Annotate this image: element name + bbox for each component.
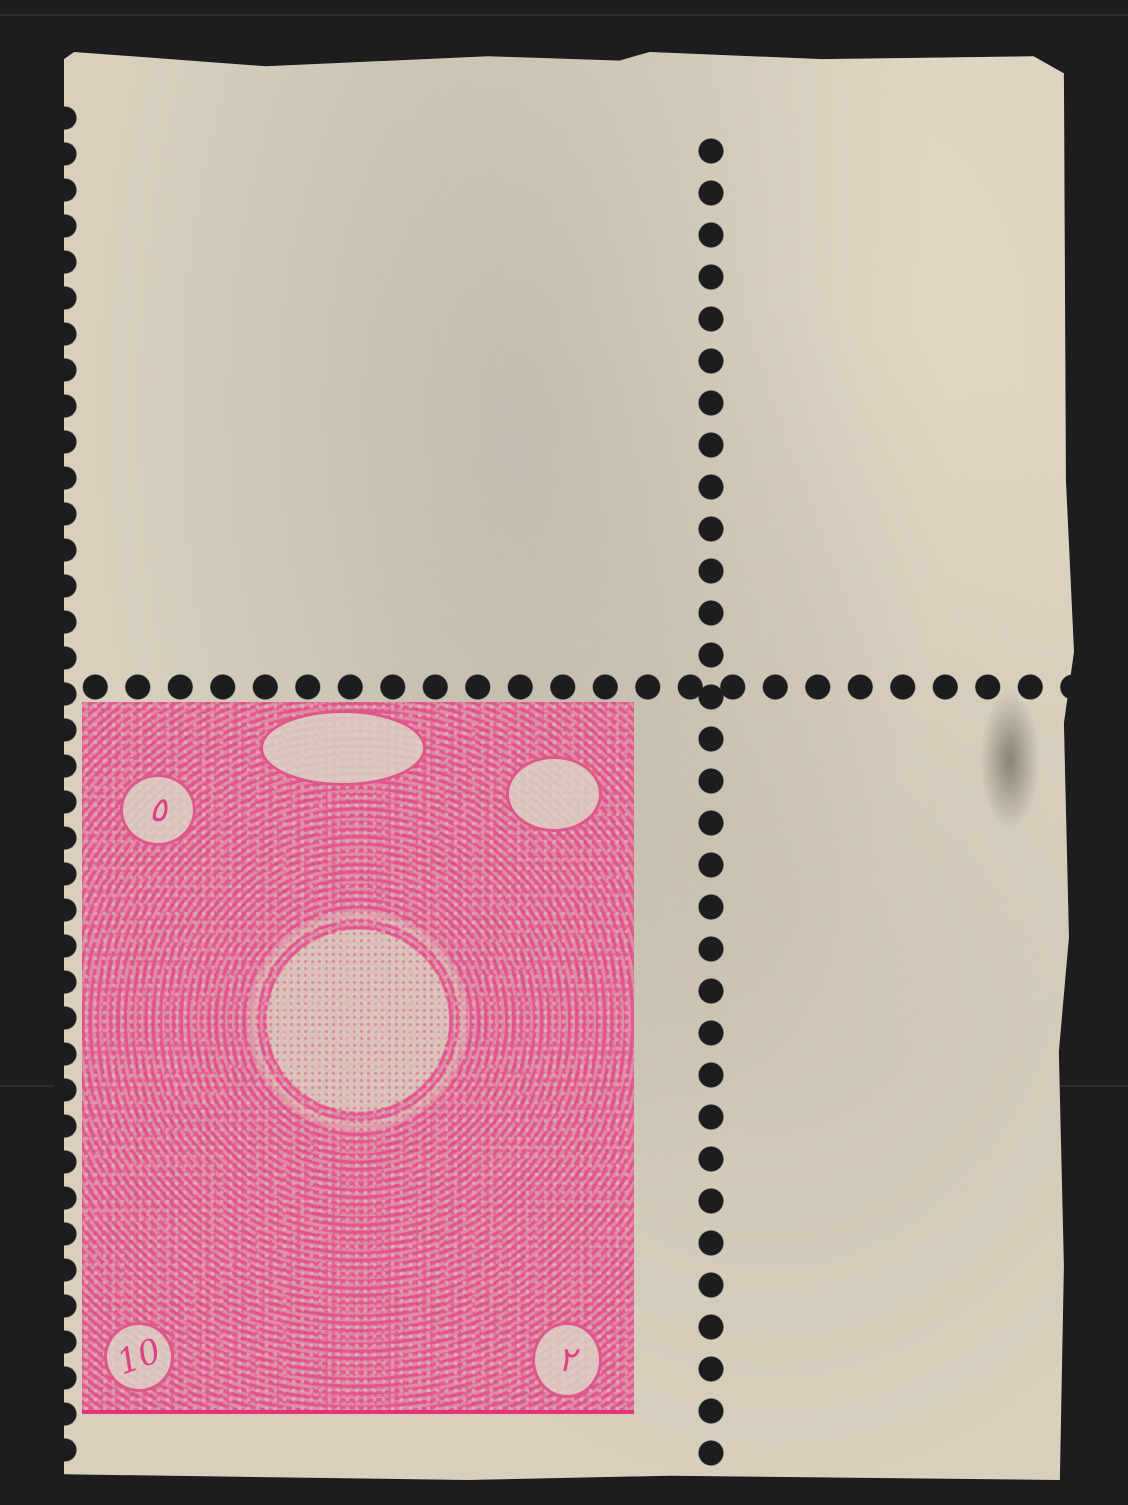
left-perforation-edge xyxy=(52,100,78,1480)
denomination-text: 10 xyxy=(98,1316,180,1398)
horizontal-perforation-row xyxy=(64,672,1074,702)
bottom-left-value-cartouche: 10 xyxy=(104,1322,174,1392)
top-left-value-cartouche: ٥ xyxy=(120,774,196,846)
top-inscription-cartouche xyxy=(260,710,426,786)
vertical-perforation-column xyxy=(696,130,726,1480)
background-edge-line xyxy=(0,14,1128,16)
top-right-cartouche xyxy=(506,756,602,832)
bottom-right-value-cartouche: ٢ xyxy=(532,1322,602,1398)
printed-stamp: ٥ 10 ٢ xyxy=(82,702,634,1414)
paper-stain xyxy=(980,690,1040,830)
